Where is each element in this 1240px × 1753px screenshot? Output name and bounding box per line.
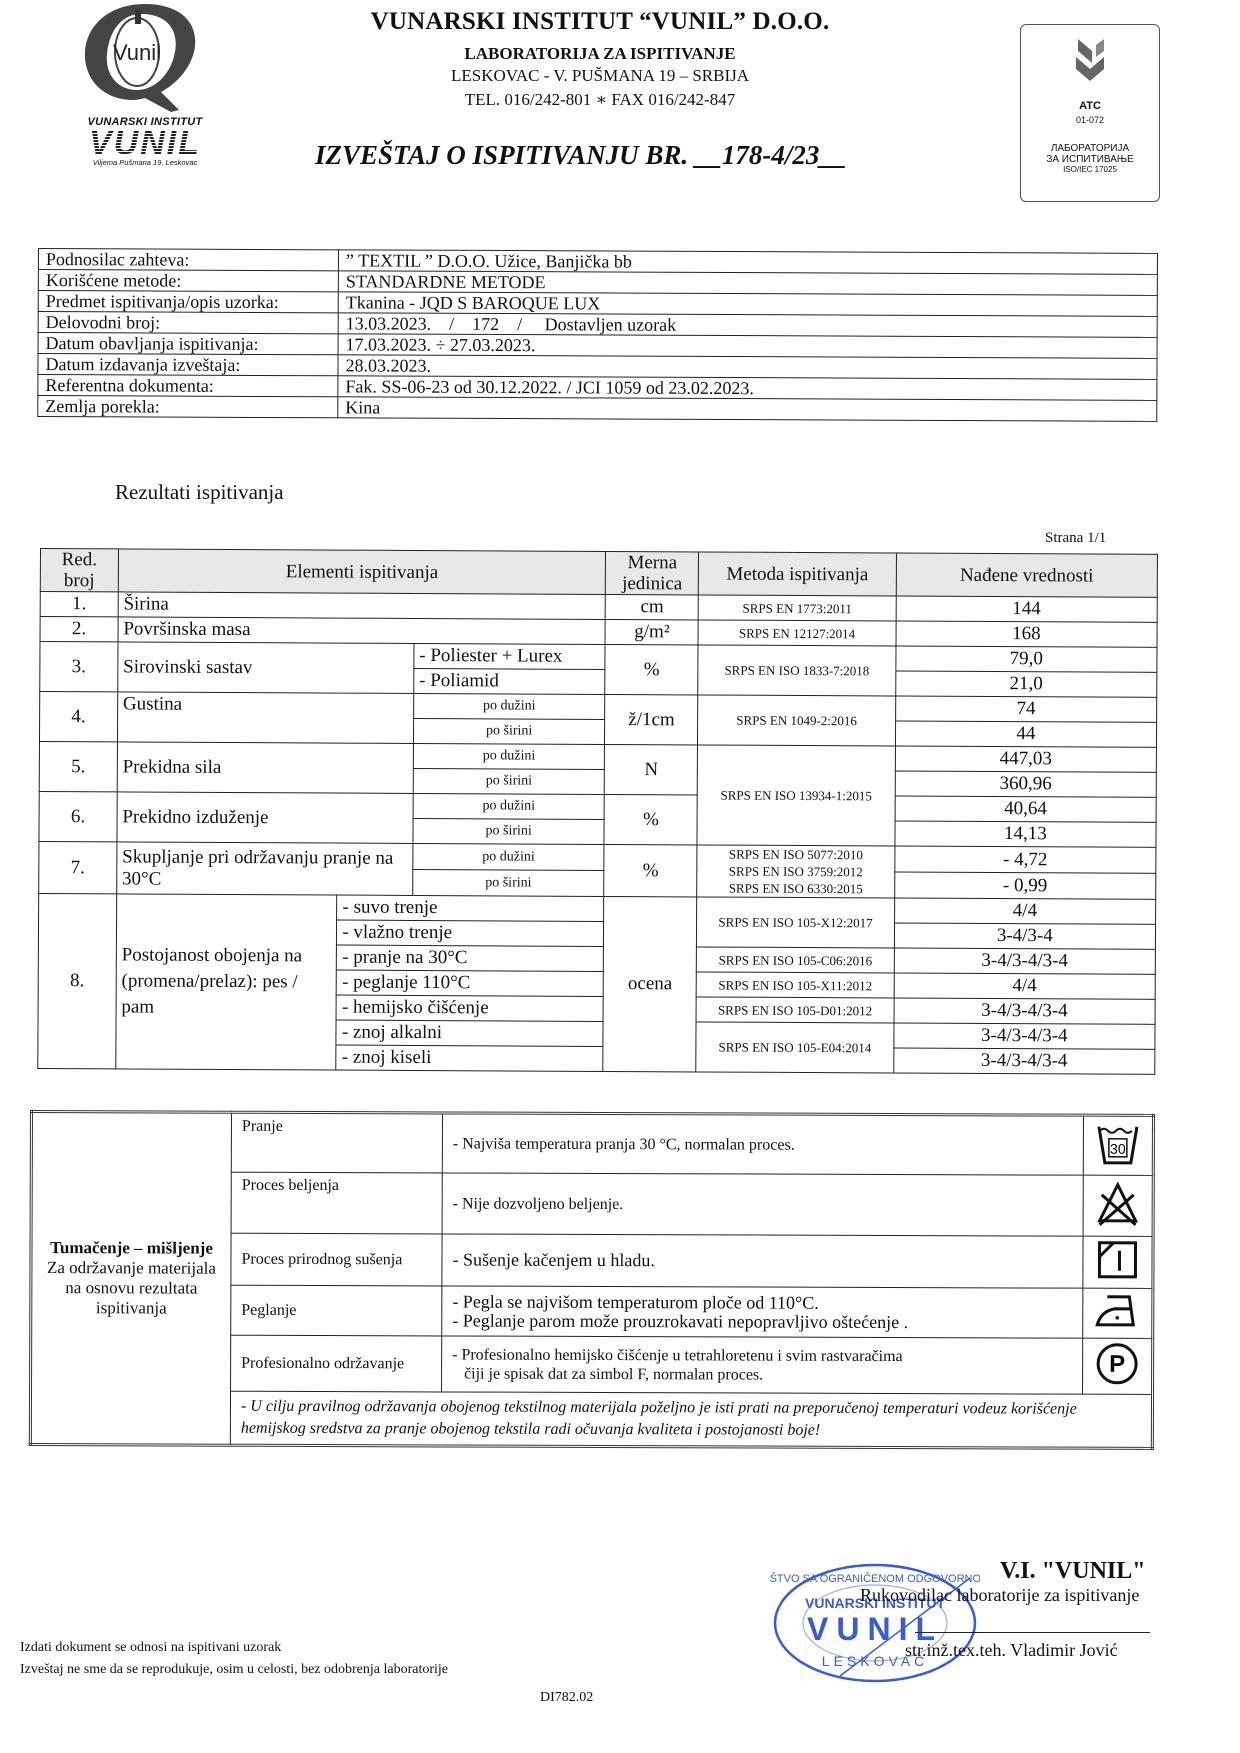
header-unit: Merna jedinica: [606, 551, 699, 594]
report-title: IZVEŠTAJ O ISPITIVANJU BR. __178-4/23__: [315, 140, 846, 171]
line-dry-shade-icon: [1083, 1236, 1153, 1288]
signature-role: Rukovodilac laboratorije za ispitivanje: [860, 1585, 1139, 1606]
footer-note-1: Izdati dokument se odnosi na ispitivani …: [20, 1640, 281, 1656]
svg-text:P: P: [1109, 1351, 1125, 1378]
svg-text:30: 30: [1110, 1140, 1126, 1156]
info-row: Zemlja porekla:Kina: [38, 396, 1157, 422]
svg-text:Vunil: Vunil: [113, 40, 161, 65]
atc-code: ATC: [1021, 100, 1159, 112]
atc-line2: ЗА ИСПИТИВАЊЕ: [1021, 154, 1159, 165]
page-indicator: Strana 1/1: [1045, 530, 1106, 547]
table-row: 3. Sirovinski sastav - Poliester + Lurex…: [40, 642, 1157, 673]
vunil-q-logo: Vunil: [75, 0, 205, 112]
footer-note-2: Izveštaj ne sme da se reprodukuje, osim …: [20, 1662, 448, 1678]
document-id: DI782.02: [540, 1690, 593, 1706]
svg-text:DRUŠTVO SA OGRANIČENOM ODGOVOR: DRUŠTVO SA OGRANIČENOM ODGOVORNOŠĆU: [770, 1572, 980, 1585]
org-name: VUNARSKI INSTITUT “VUNIL” D.O.O.: [300, 8, 900, 36]
care-row: Tumačenje – mišljenje Za održavanje mate…: [31, 1112, 1153, 1176]
atc-number: 01-072: [1021, 115, 1159, 125]
vunil-brand-logo: VUNARSKI INSTITUT VUNIL Viljema Pušmana …: [70, 116, 220, 167]
header-element: Elementi ispitivanja: [118, 549, 606, 595]
table-row: 6. Prekidno izduženje po dužini % 40,64: [39, 791, 1156, 822]
atc-standard: ISO/IEC 17025: [1021, 165, 1159, 174]
no-bleach-icon: [1083, 1175, 1153, 1236]
iron-low-icon: [1083, 1288, 1153, 1338]
results-header-row: Red. broj Elementi ispitivanja Merna jed…: [40, 549, 1157, 598]
atc-line1: ЛАБОРАТОРИЈА: [1021, 143, 1159, 154]
lab-name: LABORATORIJA ZA ISPITIVANJE: [300, 44, 900, 64]
table-row: 7. Skupljanje pri održavanju pranje na 3…: [39, 841, 1156, 873]
atc-chevron-icon: [1070, 35, 1110, 93]
results-table: Red. broj Elementi ispitivanja Merna jed…: [37, 548, 1158, 1075]
interpretation-heading: Tumačenje – mišljenje Za održavanje mate…: [30, 1112, 231, 1446]
shrinkage-methods: SRPS EN ISO 5077:2010 SRPS EN ISO 3759:2…: [697, 845, 895, 898]
table-row: 5. Prekidna sila po dužini N SRPS EN ISO…: [39, 741, 1156, 772]
signature-org: V.I. "VUNIL": [1000, 1558, 1146, 1585]
logo-brand-name: VUNIL: [70, 128, 220, 158]
header-method: Metoda ispitivanja: [699, 552, 897, 596]
header-value: Nađene vrednosti: [896, 553, 1158, 597]
table-row: 4. Gustina po dužini ž/1cm SRPS EN 1049-…: [40, 692, 1157, 723]
address: LESKOVAC - V. PUŠMANA 19 – SRBIJA: [300, 66, 900, 86]
interpretation-table: Tumačenje – mišljenje Za održavanje mate…: [29, 1110, 1155, 1450]
accreditation-badge: ATC 01-072 ЛАБОРАТОРИЈА ЗА ИСПИТИВАЊЕ IS…: [1020, 24, 1160, 202]
signature-name: str.inž.tex.teh. Vladimir Jović: [905, 1640, 1118, 1661]
contact: TEL. 016/242-801 ∗ FAX 016/242-847: [300, 90, 900, 110]
table-row: 8. Postojanost obojenja na (promena/prel…: [39, 893, 1156, 924]
signature-line: [915, 1632, 1150, 1633]
dry-clean-p-icon: P: [1083, 1338, 1153, 1394]
header-no: Red. broj: [40, 549, 118, 592]
institute-stamp: DRUŠTVO SA OGRANIČENOM ODGOVORNOŠĆU VUNA…: [770, 1558, 980, 1688]
results-section-label: Rezultati ispitivanja: [115, 480, 284, 505]
wash-30-icon: 30: [1083, 1115, 1153, 1175]
request-info-table: Podnosilac zahteva:” TEXTIL ” D.O.O. Uži…: [37, 248, 1158, 422]
care-note: - U cilju pravilnog održavanja obojenog …: [230, 1391, 1152, 1448]
